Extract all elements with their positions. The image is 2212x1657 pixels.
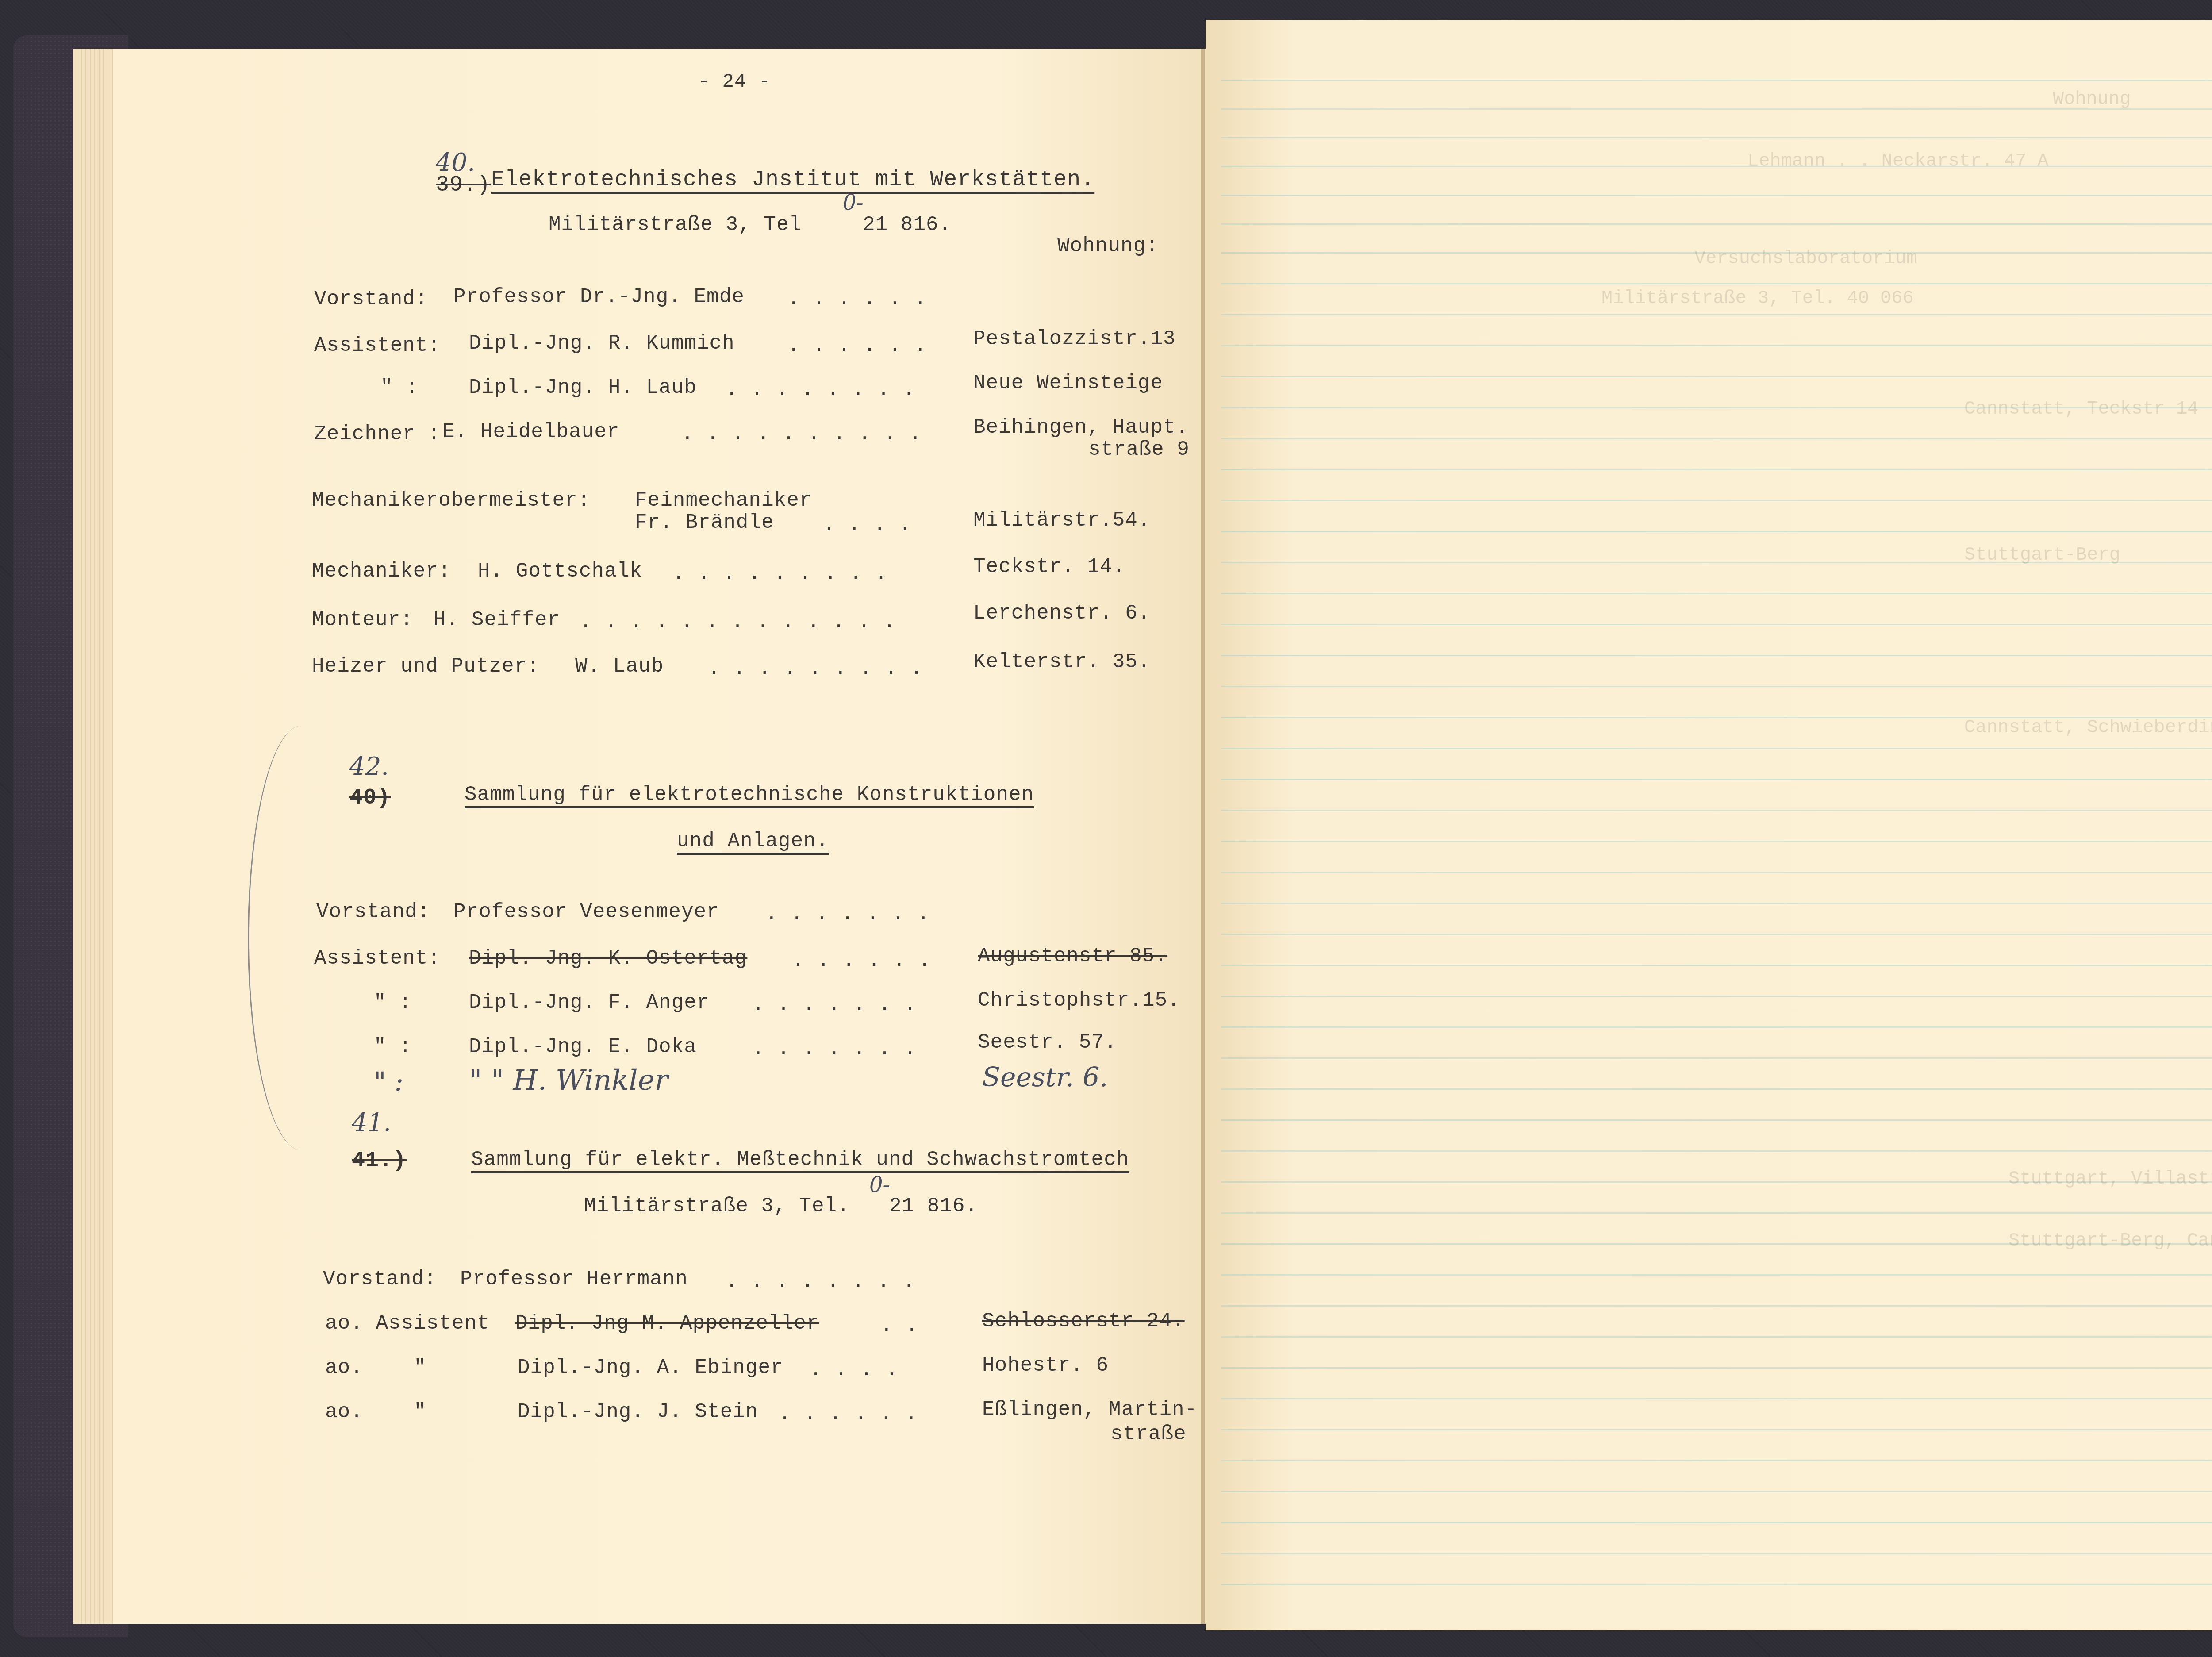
entry-dots: . . . . . . — [779, 1403, 918, 1426]
entry-role: Vorstand: — [316, 900, 430, 923]
page-number: - 24 - — [698, 71, 771, 93]
section-tel: 21 816. — [863, 213, 951, 236]
entry-name-struck: Dipl.-Jng. K. Ostertag — [469, 947, 747, 970]
section-number-typed: 40) — [349, 785, 391, 811]
entry-role: Assistent: — [314, 947, 441, 970]
section-number-handwritten: 42. — [349, 752, 389, 781]
entry-name: Feinmechaniker — [635, 489, 812, 512]
section-number-handwritten: 41. — [352, 1108, 391, 1137]
entry-dots: . . . . . . . . . — [708, 657, 923, 680]
entry-role: " : — [374, 991, 412, 1014]
bleed-text: Versuchslaboratorium — [1694, 248, 1917, 269]
entry-name: Dipl.-Jng. H. Laub — [469, 376, 697, 399]
entry-role: ao. " — [325, 1400, 426, 1423]
entry-role: ao. " — [325, 1356, 426, 1379]
entry-dots: . . . . . . . — [752, 1038, 917, 1061]
entry-name: H. Gottschalk — [478, 560, 642, 583]
entry-role: ao. Assistent — [325, 1312, 490, 1335]
bleed-text: Stuttgart-Berg — [1964, 544, 2120, 565]
entry-dots: . . . . . . . — [765, 903, 930, 926]
entry-dots: . . . . — [823, 513, 911, 536]
wohnung-header: Wohnung: — [1057, 235, 1159, 258]
handwritten-entry-name: " " H. Winkler — [469, 1064, 668, 1097]
tel-handwritten-prefix: 0- — [843, 190, 864, 215]
book-gutter — [1201, 49, 1205, 1624]
entry-dots: . . . . — [810, 1358, 898, 1381]
entry-name: Professor Veesenmeyer — [453, 900, 719, 923]
entry-name: Dipl.-Jng. A. Ebinger — [518, 1356, 783, 1379]
entry-dots: . . . . . . . . . . — [681, 423, 922, 446]
entry-name: Dipl.-Jng. E. Doka — [469, 1035, 697, 1058]
entry-name: Professor Herrmann — [460, 1268, 688, 1291]
entry-role: Vorstand: — [314, 288, 428, 311]
entry-wohnung-struck: Schlosserstr 24. — [982, 1310, 1185, 1333]
section-title: Sammlung für elektr. Meßtechnik und Schw… — [471, 1148, 1129, 1171]
entry-wohnung: Beihingen, Haupt. — [973, 416, 1188, 439]
section-number-typed: 39.) — [436, 173, 491, 198]
entry-name-line2: Fr. Brändle — [635, 511, 774, 534]
handwritten-entry-wohnung: Seestr. 6. — [982, 1062, 1108, 1093]
section-title-line2: und Anlagen. — [677, 830, 829, 853]
entry-dots: . . — [880, 1314, 918, 1337]
bleed-text: Lehmann . . Neckarstr. 47 A — [1747, 150, 2049, 172]
section-number-typed: 41.) — [352, 1148, 407, 1173]
section-tel: 21 816. — [889, 1195, 978, 1218]
handwritten-arrow — [248, 726, 355, 1150]
entry-name-struck: Dipl.-Jng M. Appenzeller — [515, 1312, 819, 1335]
entry-name: E. Heidelbauer — [442, 420, 619, 443]
entry-role: Heizer und Putzer: — [312, 655, 540, 678]
section-title: Elektrotechnisches Jnstitut mit Werkstät… — [491, 167, 1094, 192]
entry-wohnung-line2: straße 9 — [1088, 438, 1190, 461]
entry-role: Zeichner : — [314, 423, 441, 446]
entry-wohnung: Kelterstr. 35. — [973, 650, 1150, 673]
entry-wohnung: Lerchenstr. 6. — [973, 602, 1150, 625]
entry-role: Assistent: — [314, 334, 441, 357]
entry-role: Vorstand: — [323, 1268, 437, 1291]
entry-dots: . . . . . . . — [752, 993, 917, 1016]
entry-role: " : — [380, 376, 419, 399]
entry-dots: . . . . . . . . — [726, 1270, 915, 1293]
bleed-text: Militärstraße 3, Tel. 40 066 — [1601, 288, 1914, 309]
entry-role: " : — [374, 1035, 412, 1058]
bleed-text: Cannstatt, Teckstr 14 — [1964, 398, 2198, 419]
entry-name: Dipl.-Jng. F. Anger — [469, 991, 710, 1014]
entry-wohnung: Teckstr. 14. — [973, 555, 1125, 578]
tel-handwritten-prefix: 0- — [869, 1173, 890, 1197]
entry-role: Mechanikerobermeister: — [312, 489, 590, 512]
entry-wohnung: Militärstr.54. — [973, 509, 1150, 532]
entry-name: W. Laub — [575, 655, 664, 678]
bleed-text: Wohnung — [2053, 88, 2131, 110]
entry-wohnung: Eßlingen, Martin- — [982, 1398, 1197, 1421]
entry-dots: . . . . . . . . — [726, 378, 915, 401]
section-address: Militärstraße 3, Tel. — [584, 1195, 850, 1218]
handwritten-entry-role: " : — [374, 1066, 403, 1097]
entry-dots: . . . . . . . . . . . . . — [580, 611, 896, 634]
entry-dots: . . . . . . . . . — [672, 562, 887, 585]
entry-name: Dipl.-Jng. R. Kummich — [469, 332, 735, 355]
section-title: Sammlung für elektrotechnische Konstrukt… — [465, 783, 1034, 806]
entry-wohnung: Neue Weinsteige — [973, 372, 1163, 395]
entry-role: Mechaniker: — [312, 560, 451, 583]
entry-dots: . . . . . . — [792, 949, 931, 972]
entry-wohnung: Christophstr.15. — [978, 989, 1180, 1012]
entry-name: Professor Dr.-Jng. Emde — [453, 285, 745, 308]
entry-role: Monteur: — [312, 608, 413, 631]
section-address: Militärstraße 3, Tel — [549, 213, 802, 236]
entry-wohnung: Pestalozzistr.13 — [973, 327, 1176, 350]
entry-wohnung-struck: Augustenstr 85. — [978, 945, 1167, 968]
entry-dots: . . . . . . — [787, 288, 927, 311]
entry-dots: . . . . . . — [787, 334, 927, 357]
entry-wohnung: Hohestr. 6 — [982, 1354, 1109, 1377]
entry-name: Dipl.-Jng. J. Stein — [518, 1400, 758, 1423]
entry-wohnung-line2: straße — [1110, 1422, 1187, 1446]
bleed-text: Stuttgart, Villastr. — [2008, 1168, 2212, 1189]
bleed-text: Cannstatt, Schwieberdingerstraße — [1964, 717, 2212, 738]
entry-name: H. Seiffer — [434, 608, 560, 631]
entry-wohnung: Seestr. 57. — [978, 1031, 1117, 1054]
bleed-text: Stuttgart-Berg, Cannstatterstr — [2008, 1230, 2212, 1251]
